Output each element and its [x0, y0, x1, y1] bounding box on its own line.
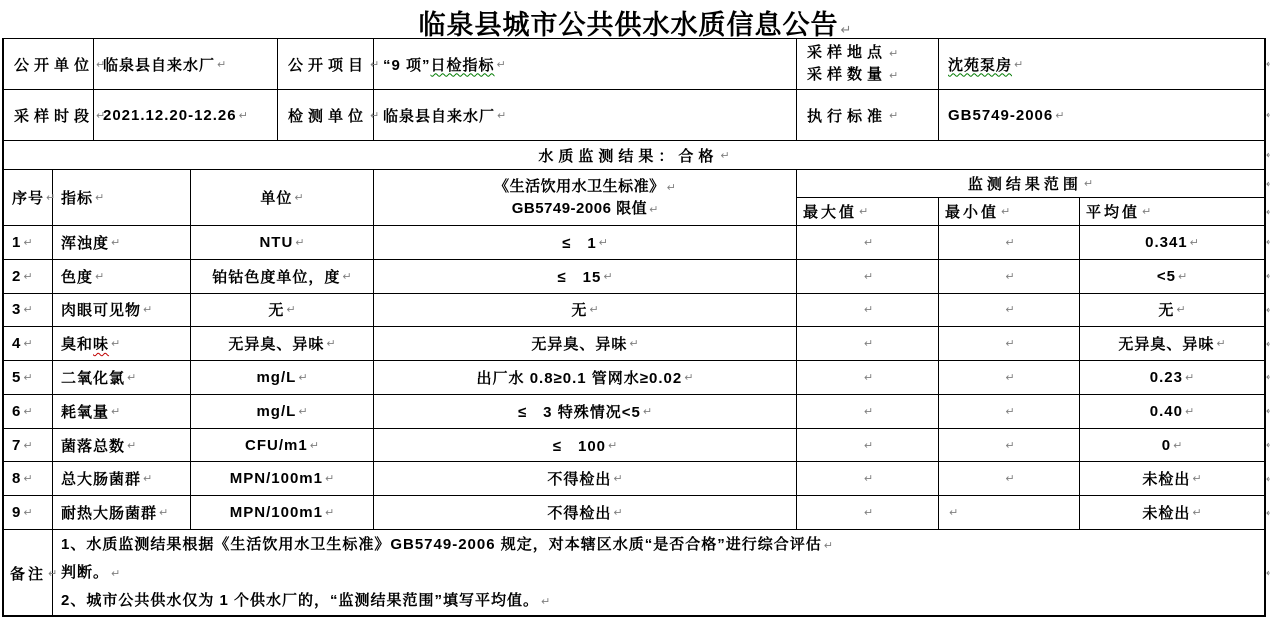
period-label-cell: 采样时段↵ [4, 90, 94, 141]
cell-avg-value: 0.341↵↵ [1080, 226, 1264, 260]
indicator-text: 浑浊度 [61, 232, 109, 253]
cell-min-value: ↵ [939, 462, 1080, 496]
limit-text: 无 [571, 299, 587, 320]
unit-text: mg/L [256, 369, 296, 386]
open-unit-label-cell: 公开单位↵ [4, 39, 94, 90]
results-header: 序号↵ 指标↵ 单位↵ 《生活饮用水卫生标准》↵ GB5749-2006 限值↵… [4, 170, 1264, 226]
remarks-label: 备注 [10, 563, 46, 584]
cell-indicator: 浑浊度↵ [53, 226, 191, 260]
avg-text: 0 [1162, 437, 1171, 454]
row-no: 1 [12, 234, 21, 251]
sampling-site-value-cell: 沈苑泵房↵↵ [939, 39, 1264, 90]
limit-text: ≤ 3 特殊情况<5 [518, 401, 641, 422]
cell-limit: ≤ 15↵ [374, 260, 797, 294]
remarks-line-2: 判断。↵ [61, 559, 120, 587]
cell-avg-value: 未检出↵↵ [1080, 496, 1264, 530]
cell-unit: mg/L↵ [191, 361, 374, 395]
cell-unit: 无异臭、异味↵ [191, 327, 374, 361]
header-limit-cell: 《生活饮用水卫生标准》↵ GB5749-2006 限值↵ [374, 170, 797, 226]
paragraph-mark: ↵ [720, 149, 729, 162]
paragraph-mark: ↵ [824, 539, 833, 552]
paragraph-mark: ↵ [613, 506, 622, 519]
paragraph-mark: ↵ [864, 303, 873, 316]
cell-row-no: 2↵ [4, 260, 53, 294]
cell-avg-value: 0.40↵↵ [1080, 395, 1264, 429]
paragraph-mark: ↵ [111, 337, 120, 350]
results-grid: 1↵浑浊度↵NTU↵≤ 1↵↵↵0.341↵↵2↵色度↵铂钴色度单位，度↵≤ 1… [4, 226, 1264, 530]
cell-row-no: 9↵ [4, 496, 53, 530]
header-min: 最小值 [945, 201, 999, 222]
cell-avg-value: 无异臭、异味↵↵ [1080, 327, 1264, 361]
row-end-mark: ↵ [1266, 58, 1270, 71]
sampling-site-value: 沈苑泵房 [948, 54, 1012, 75]
cell-row-no: 8↵ [4, 462, 53, 496]
paragraph-mark: ↵ [603, 270, 612, 283]
paragraph-mark: ↵ [1178, 270, 1187, 283]
test-unit-label: 检测单位 [288, 105, 368, 126]
paragraph-mark: ↵ [684, 371, 693, 384]
remarks-line-1: 1、水质监测结果根据《生活饮用水卫生标准》GB5749-2006 规定，对本辖区… [61, 531, 833, 559]
header-max: 最大值 [803, 201, 857, 222]
open-unit-label: 公开单位 [14, 54, 94, 75]
paragraph-mark: ↵ [1185, 405, 1194, 418]
paragraph-mark: ↵ [864, 371, 873, 384]
paragraph-mark: ↵ [889, 69, 898, 82]
paragraph-mark: ↵ [643, 405, 652, 418]
unit-text: MPN/100m1 [230, 470, 323, 487]
paragraph-mark: ↵ [143, 472, 152, 485]
project-label-cell: 公开项目↵ [278, 39, 374, 90]
unit-text: MPN/100m1 [230, 504, 323, 521]
row-end-mark: ↵ [1266, 337, 1270, 350]
limit-text: 无异臭、异味 [531, 333, 627, 354]
indicator-text: 总大肠菌群 [61, 468, 141, 489]
project-value-cell: “9 项”日检指标↵ [374, 39, 797, 90]
header-indicator-cell: 指标↵ [53, 170, 191, 226]
paragraph-mark: ↵ [298, 371, 307, 384]
remarks-section: 备注↵ 1、水质监测结果根据《生活饮用水卫生标准》GB5749-2006 规定，… [4, 530, 1264, 616]
cell-max-value: ↵ [797, 226, 939, 260]
cell-min-value: ↵ [939, 496, 1080, 530]
paragraph-mark: ↵ [239, 109, 248, 122]
limit-text: 不得检出 [547, 502, 611, 523]
row-no: 8 [12, 470, 21, 487]
paragraph-mark: ↵ [325, 472, 334, 485]
paragraph-mark: ↵ [1173, 439, 1182, 452]
paragraph-mark: ↵ [497, 58, 506, 71]
header-no: 序号 [12, 187, 44, 208]
cell-unit: 无↵ [191, 294, 374, 328]
paragraph-mark: ↵ [23, 303, 32, 316]
cell-unit: NTU↵ [191, 226, 374, 260]
row-no: 9 [12, 504, 21, 521]
paragraph-mark: ↵ [127, 371, 136, 384]
cell-row-no: 5↵ [4, 361, 53, 395]
result-banner: 水质监测结果：合格↵↵ [4, 141, 1264, 170]
paragraph-mark: ↵ [286, 303, 295, 316]
paragraph-mark: ↵ [864, 270, 873, 283]
result-banner-text: 水质监测结果：合格 [538, 145, 718, 166]
avg-text: 0.23 [1150, 369, 1183, 386]
row-no: 5 [12, 369, 21, 386]
sampling-qty-label: 采样数量 [807, 66, 887, 83]
paragraph-mark: ↵ [864, 405, 873, 418]
header-avg-cell: 平均值↵↵ [1080, 198, 1264, 226]
cell-row-no: 7↵ [4, 429, 53, 463]
cell-unit: MPN/100m1↵ [191, 496, 374, 530]
cell-limit: 不得检出↵ [374, 496, 797, 530]
paragraph-mark: ↵ [1192, 472, 1201, 485]
cell-unit: 铂钴色度单位，度↵ [191, 260, 374, 294]
paragraph-mark: ↵ [23, 371, 32, 384]
cell-limit: 无异臭、异味↵ [374, 327, 797, 361]
unit-text: 无异臭、异味 [228, 333, 324, 354]
remarks-line-1-text: 1、水质监测结果根据《生活饮用水卫生标准》GB5749-2006 规定，对本辖区… [61, 536, 822, 553]
cell-unit: mg/L↵ [191, 395, 374, 429]
cell-row-no: 4↵ [4, 327, 53, 361]
paragraph-mark: ↵ [1190, 236, 1199, 249]
paragraph-mark: ↵ [23, 405, 32, 418]
period-label: 采样时段 [14, 105, 94, 126]
avg-text: 0.40 [1150, 403, 1183, 420]
standard-label: 执行标准 [807, 105, 887, 126]
cell-max-value: ↵ [797, 361, 939, 395]
cell-min-value: ↵ [939, 294, 1080, 328]
open-unit-value-cell: 临泉县自来水厂↵ [94, 39, 278, 90]
indicator-text: 色度 [61, 266, 93, 287]
paragraph-mark: ↵ [23, 472, 32, 485]
cell-indicator: 肉眼可见物↵ [53, 294, 191, 328]
row-end-mark: ↵ [1266, 109, 1270, 122]
header-standard-name: 《生活饮用水卫生标准》 [494, 178, 665, 195]
paragraph-mark: ↵ [326, 337, 335, 350]
row-no: 2 [12, 268, 21, 285]
cell-limit: ≤ 3 特殊情况<5↵ [374, 395, 797, 429]
paragraph-mark: ↵ [949, 506, 958, 519]
paragraph-mark: ↵ [23, 337, 32, 350]
paragraph-mark: ↵ [1005, 303, 1014, 316]
paragraph-mark: ↵ [111, 405, 120, 418]
cell-indicator: 二氧化氯↵ [53, 361, 191, 395]
cell-row-no: 6↵ [4, 395, 53, 429]
row-no: 7 [12, 437, 21, 454]
row-end-mark: ↵ [1266, 405, 1270, 418]
row-end-mark: ↵ [1266, 439, 1270, 452]
cell-avg-value: 0↵↵ [1080, 429, 1264, 463]
limit-text: ≤ 1 [562, 232, 597, 253]
cell-limit: 不得检出↵ [374, 462, 797, 496]
header-unit-cell: 单位↵ [191, 170, 374, 226]
paragraph-mark: ↵ [23, 270, 32, 283]
paragraph-mark: ↵ [342, 270, 351, 283]
document-title-text: 临泉县城市公共供水水质信息公告 [419, 10, 839, 40]
paragraph-mark: ↵ [1001, 205, 1010, 218]
notice-table: 公开单位↵ 临泉县自来水厂↵ 公开项目↵ “9 项”日检指标↵ 采样地点↵ 采样… [2, 38, 1266, 617]
cell-max-value: ↵ [797, 260, 939, 294]
cell-row-no: 1↵ [4, 226, 53, 260]
project-value: “9 项” [383, 54, 431, 75]
paragraph-mark: ↵ [864, 337, 873, 350]
row-no: 4 [12, 335, 21, 352]
indicator-text: 菌落总数 [61, 435, 125, 456]
cell-max-value: ↵ [797, 429, 939, 463]
sampling-site-label-line1: 采样地点↵ [807, 42, 898, 64]
cell-min-value: ↵ [939, 260, 1080, 294]
cell-min-value: ↵ [939, 361, 1080, 395]
project-label: 公开项目 [288, 54, 368, 75]
paragraph-mark: ↵ [1216, 337, 1225, 350]
paragraph-mark: ↵ [127, 439, 136, 452]
standard-value: GB5749-2006 [948, 107, 1053, 124]
paragraph-mark: ↵ [1084, 177, 1093, 190]
cell-limit: 无↵ [374, 294, 797, 328]
paragraph-mark: ↵ [217, 58, 226, 71]
standard-label-cell: 执行标准↵ [797, 90, 939, 141]
cell-max-value: ↵ [797, 327, 939, 361]
header-limit-line2: GB5749-2006 限值↵ [512, 198, 659, 220]
paragraph-mark: ↵ [1014, 58, 1023, 71]
sampling-site-label-line2: 采样数量↵ [807, 64, 898, 86]
paragraph-mark: ↵ [864, 439, 873, 452]
limit-text: 不得检出 [547, 468, 611, 489]
paragraph-mark: ↵ [1005, 236, 1014, 249]
cell-unit: CFU/m1↵ [191, 429, 374, 463]
paragraph-mark: ↵ [95, 270, 104, 283]
paragraph-mark: ↵ [599, 236, 608, 249]
limit-text: ≤ 100 [553, 435, 606, 456]
cell-min-value: ↵ [939, 395, 1080, 429]
indicator-text: 二氧化氯 [61, 367, 125, 388]
cell-limit: 出厂水 0.8≥0.1 管网水≥0.02↵ [374, 361, 797, 395]
row-end-mark: ↵ [1266, 177, 1270, 190]
row-end-mark: ↵ [1266, 506, 1270, 519]
unit-text: 铂钴色度单位，度 [212, 266, 340, 287]
paragraph-mark: ↵ [859, 205, 868, 218]
document-page: 临泉县城市公共供水水质信息公告↵ 公开单位↵ 临泉县自来水厂↵ 公开项目↵ “9… [0, 0, 1270, 617]
unit-text: NTU [259, 234, 293, 251]
paragraph-mark: ↵ [23, 236, 32, 249]
cell-min-value: ↵ [939, 429, 1080, 463]
cell-min-value: ↵ [939, 226, 1080, 260]
cell-limit: ≤ 100↵ [374, 429, 797, 463]
cell-indicator: 菌落总数↵ [53, 429, 191, 463]
paragraph-mark: ↵ [841, 23, 852, 38]
indicator-text: 肉眼可见物 [61, 299, 141, 320]
paragraph-mark: ↵ [613, 472, 622, 485]
paragraph-mark: ↵ [541, 595, 550, 608]
row-end-mark: ↵ [1266, 560, 1270, 587]
header-no-cell: 序号↵ [4, 170, 53, 226]
unit-text: 无 [268, 299, 284, 320]
paragraph-mark: ↵ [1192, 506, 1201, 519]
paragraph-mark: ↵ [294, 191, 303, 204]
header-unit: 单位 [260, 187, 292, 208]
info-section: 公开单位↵ 临泉县自来水厂↵ 公开项目↵ “9 项”日检指标↵ 采样地点↵ 采样… [4, 39, 1264, 141]
row-end-mark: ↵ [1266, 236, 1270, 249]
cell-avg-value: <5↵↵ [1080, 260, 1264, 294]
avg-text: 无 [1158, 299, 1174, 320]
paragraph-mark: ↵ [325, 506, 334, 519]
paragraph-mark: ↵ [1005, 439, 1014, 452]
avg-text: <5 [1157, 268, 1176, 285]
avg-text: 0.341 [1145, 234, 1188, 251]
paragraph-mark: ↵ [23, 439, 32, 452]
test-unit-value: 临泉县自来水厂 [383, 105, 495, 126]
header-min-cell: 最小值↵ [939, 198, 1080, 226]
header-avg: 平均值 [1086, 201, 1140, 222]
paragraph-mark: ↵ [95, 191, 104, 204]
remarks-label-cell: 备注↵ [4, 530, 53, 616]
indicator-text: 耗氧量 [61, 401, 109, 422]
header-standard-limit: GB5749-2006 限值 [512, 200, 647, 217]
paragraph-mark: ↵ [111, 236, 120, 249]
remarks-line-2-text: 判断。 [61, 564, 109, 581]
row-end-mark: ↵ [1266, 205, 1270, 218]
paragraph-mark: ↵ [111, 567, 120, 580]
paragraph-mark: ↵ [1185, 371, 1194, 384]
paragraph-mark: ↵ [1005, 270, 1014, 283]
paragraph-mark: ↵ [1005, 405, 1014, 418]
row-no: 6 [12, 403, 21, 420]
cell-row-no: 3↵ [4, 294, 53, 328]
header-range-cell: 监测结果范围↵↵ [797, 170, 1264, 198]
remarks-content-cell: 1、水质监测结果根据《生活饮用水卫生标准》GB5749-2006 规定，对本辖区… [53, 530, 1264, 616]
cell-indicator: 臭和味↵ [53, 327, 191, 361]
avg-text: 未检出 [1142, 468, 1190, 489]
paragraph-mark: ↵ [497, 109, 506, 122]
indicator-text: 耐热大肠菌群 [61, 502, 157, 523]
cell-avg-value: 无↵↵ [1080, 294, 1264, 328]
header-limit-line1: 《生活饮用水卫生标准》↵ [494, 176, 676, 198]
paragraph-mark: ↵ [864, 472, 873, 485]
row-end-mark: ↵ [1266, 371, 1270, 384]
standard-value-cell: GB5749-2006↵↵ [939, 90, 1264, 141]
cell-max-value: ↵ [797, 294, 939, 328]
paragraph-mark: ↵ [1176, 303, 1185, 316]
sampling-site-label: 采样地点 [807, 44, 887, 61]
paragraph-mark: ↵ [1055, 109, 1064, 122]
document-title: 临泉县城市公共供水水质信息公告↵ [0, 3, 1270, 42]
open-unit-value: 临泉县自来水厂 [103, 54, 215, 75]
cell-avg-value: 未检出↵↵ [1080, 462, 1264, 496]
paragraph-mark: ↵ [1005, 371, 1014, 384]
cell-avg-value: 0.23↵↵ [1080, 361, 1264, 395]
test-unit-value-cell: 临泉县自来水厂↵ [374, 90, 797, 141]
paragraph-mark: ↵ [1142, 205, 1151, 218]
paragraph-mark: ↵ [864, 236, 873, 249]
cell-limit: ≤ 1↵ [374, 226, 797, 260]
paragraph-mark: ↵ [1005, 337, 1014, 350]
paragraph-mark: ↵ [143, 303, 152, 316]
avg-text: 未检出 [1142, 502, 1190, 523]
header-max-cell: 最大值↵ [797, 198, 939, 226]
indicator-spellcheck: 味 [93, 333, 109, 354]
period-value-cell: 2021.12.20-12.26↵ [94, 90, 278, 141]
row-end-mark: ↵ [1266, 270, 1270, 283]
limit-text: ≤ 15 [557, 266, 601, 287]
sampling-site-label-cell: 采样地点↵ 采样数量↵ [797, 39, 939, 90]
paragraph-mark: ↵ [159, 506, 168, 519]
paragraph-mark: ↵ [1005, 472, 1014, 485]
paragraph-mark: ↵ [667, 181, 676, 194]
header-indicator: 指标 [61, 187, 93, 208]
cell-max-value: ↵ [797, 395, 939, 429]
cell-min-value: ↵ [939, 327, 1080, 361]
paragraph-mark: ↵ [649, 203, 658, 216]
row-end-mark: ↵ [1266, 472, 1270, 485]
row-no: 3 [12, 301, 21, 318]
remarks-line-3-text: 2、城市公共供水仅为 1 个供水厂的，“监测结果范围”填写平均值。 [61, 592, 539, 609]
test-unit-label-cell: 检测单位↵ [278, 90, 374, 141]
paragraph-mark: ↵ [310, 439, 319, 452]
cell-indicator: 耐热大肠菌群↵ [53, 496, 191, 530]
avg-text: 无异臭、异味 [1118, 333, 1214, 354]
indicator-text: 臭和 [61, 333, 93, 354]
row-end-mark: ↵ [1266, 303, 1270, 316]
unit-text: mg/L [256, 403, 296, 420]
cell-unit: MPN/100m1↵ [191, 462, 374, 496]
project-value-spellcheck: 日检指标 [431, 54, 495, 75]
remarks-line-3: 2、城市公共供水仅为 1 个供水厂的，“监测结果范围”填写平均值。↵ [61, 587, 550, 615]
paragraph-mark: ↵ [298, 405, 307, 418]
paragraph-mark: ↵ [589, 303, 598, 316]
paragraph-mark: ↵ [295, 236, 304, 249]
paragraph-mark: ↵ [864, 506, 873, 519]
limit-text: 出厂水 0.8≥0.1 管网水≥0.02 [477, 367, 683, 388]
period-value: 2021.12.20-12.26 [103, 107, 237, 124]
header-range: 监测结果范围 [968, 173, 1082, 194]
cell-indicator: 耗氧量↵ [53, 395, 191, 429]
cell-max-value: ↵ [797, 496, 939, 530]
paragraph-mark: ↵ [629, 337, 638, 350]
row-end-mark: ↵ [1266, 149, 1270, 162]
unit-text: CFU/m1 [245, 437, 308, 454]
paragraph-mark: ↵ [889, 47, 898, 60]
paragraph-mark: ↵ [608, 439, 617, 452]
cell-indicator: 色度↵ [53, 260, 191, 294]
cell-indicator: 总大肠菌群↵ [53, 462, 191, 496]
paragraph-mark: ↵ [23, 506, 32, 519]
paragraph-mark: ↵ [889, 109, 898, 122]
cell-max-value: ↵ [797, 462, 939, 496]
